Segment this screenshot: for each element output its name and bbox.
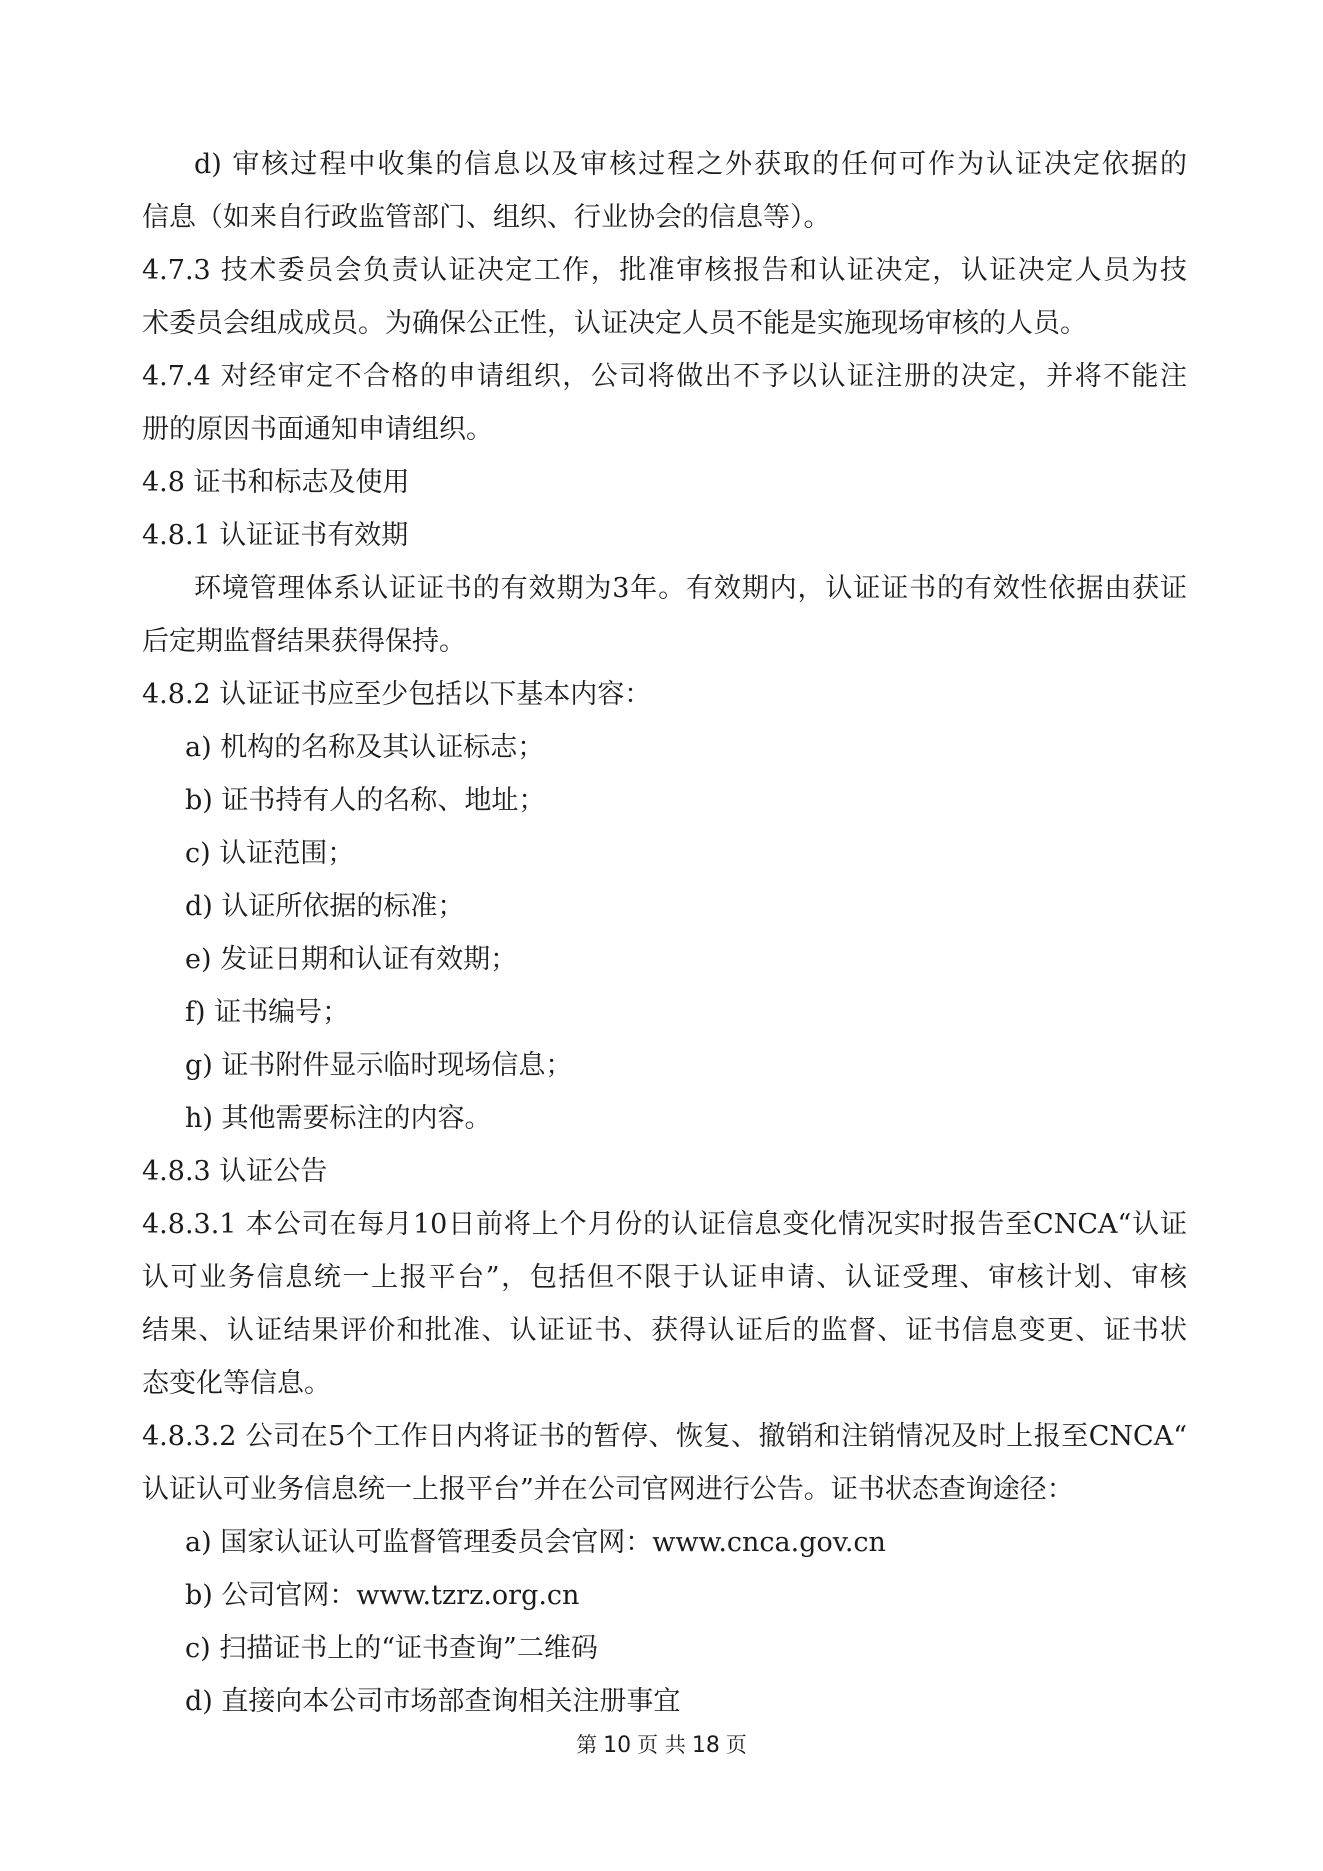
document-line: 册的原因书面通知申请组织。 xyxy=(142,403,1187,456)
document-line: d) 认证所依据的标准； xyxy=(142,880,1187,933)
document-line: 后定期监督结果获得保持。 xyxy=(142,615,1187,668)
document-line: 4.7.4 对经审定不合格的申请组织，公司将做出不予以认证注册的决定，并将不能注 xyxy=(142,350,1187,403)
document-line: 4.8.3 认证公告 xyxy=(142,1145,1187,1198)
document-line: b) 证书持有人的名称、地址； xyxy=(142,774,1187,827)
page-footer: 第10页 共18页 xyxy=(0,1729,1323,1762)
document-line: 4.8.1 认证证书有效期 xyxy=(142,509,1187,562)
document-line: 态变化等信息。 xyxy=(142,1357,1187,1410)
document-line: a) 国家认证认可监督管理委员会官网：www.cnca.gov.cn xyxy=(142,1516,1187,1569)
footer-page-middle: 页 共 xyxy=(634,1733,689,1757)
document-line: 术委员会组成成员。为确保公正性，认证决定人员不能是实施现场审核的人员。 xyxy=(142,297,1187,350)
document-line: f) 证书编号； xyxy=(142,986,1187,1039)
document-line: 4.8.2 认证证书应至少包括以下基本内容： xyxy=(142,668,1187,721)
footer-current-page: 10 xyxy=(600,1733,634,1758)
document-content: d) 审核过程中收集的信息以及审核过程之外获取的任何可作为认证决定依据的信息（如… xyxy=(142,138,1187,1728)
document-line: g) 证书附件显示临时现场信息； xyxy=(142,1039,1187,1092)
document-line: e) 发证日期和认证有效期； xyxy=(142,933,1187,986)
document-page: d) 审核过程中收集的信息以及审核过程之外获取的任何可作为认证决定依据的信息（如… xyxy=(0,0,1323,1871)
document-line: d) 审核过程中收集的信息以及审核过程之外获取的任何可作为认证决定依据的 xyxy=(142,138,1187,191)
document-line: 信息（如来自行政监管部门、组织、行业协会的信息等）。 xyxy=(142,191,1187,244)
document-line: 4.8.3.2 公司在5个工作日内将证书的暂停、恢复、撤销和注销情况及时上报至C… xyxy=(142,1410,1187,1463)
document-line: 4.8 证书和标志及使用 xyxy=(142,456,1187,509)
document-line: h) 其他需要标注的内容。 xyxy=(142,1092,1187,1145)
document-line: 认证认可业务信息统一上报平台”并在公司官网进行公告。证书状态查询途径： xyxy=(142,1463,1187,1516)
document-line: 结果、认证结果评价和批准、认证证书、获得认证后的监督、证书信息变更、证书状 xyxy=(142,1304,1187,1357)
document-line: d) 直接向本公司市场部查询相关注册事宜 xyxy=(142,1675,1187,1728)
document-line: a) 机构的名称及其认证标志； xyxy=(142,721,1187,774)
document-line: 环境管理体系认证证书的有效期为3年。有效期内，认证证书的有效性依据由获证 xyxy=(142,562,1187,615)
footer-page-prefix: 第 xyxy=(573,1733,600,1757)
document-line: 认可业务信息统一上报平台”，包括但不限于认证申请、认证受理、审核计划、审核 xyxy=(142,1251,1187,1304)
document-line: b) 公司官网：www.tzrz.org.cn xyxy=(142,1569,1187,1622)
footer-total-pages: 18 xyxy=(689,1733,723,1758)
document-line: c) 扫描证书上的“证书查询”二维码 xyxy=(142,1622,1187,1675)
footer-page-suffix: 页 xyxy=(723,1733,750,1757)
document-line: 4.8.3.1 本公司在每月10日前将上个月份的认证信息变化情况实时报告至CNC… xyxy=(142,1198,1187,1251)
document-line: c) 认证范围； xyxy=(142,827,1187,880)
document-line: 4.7.3 技术委员会负责认证决定工作，批准审核报告和认证决定，认证决定人员为技 xyxy=(142,244,1187,297)
